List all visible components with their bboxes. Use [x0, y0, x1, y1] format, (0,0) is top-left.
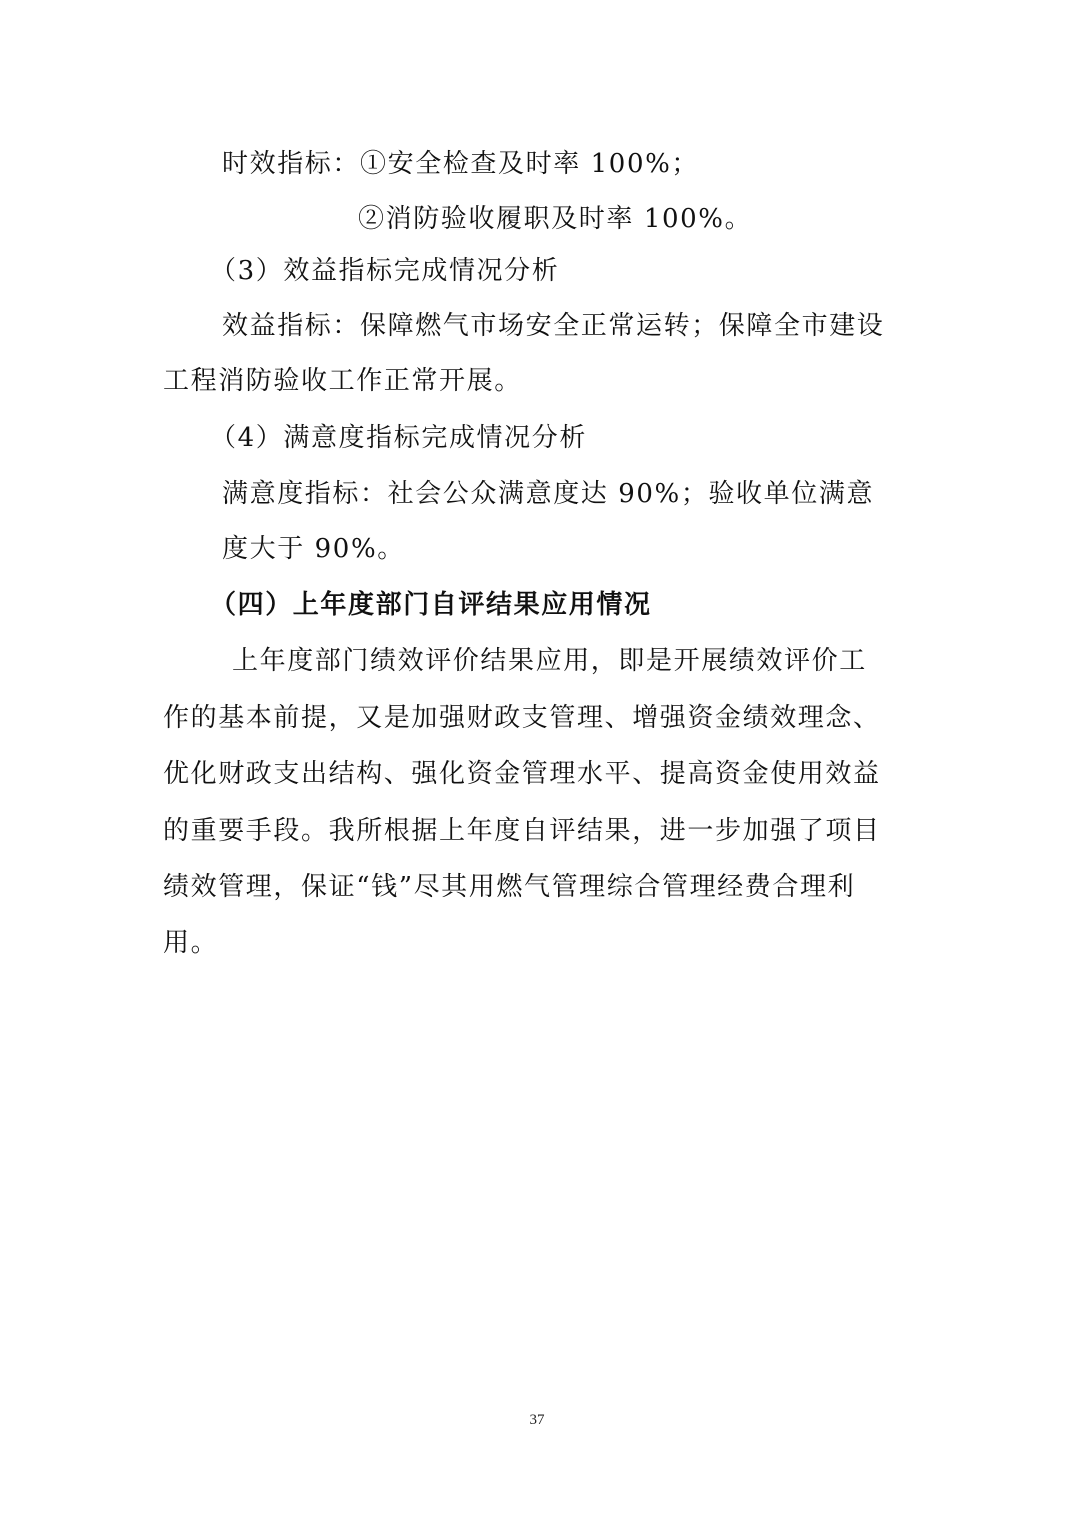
document-page: 时效指标：①安全检查及时率 100%； ②消防验收履职及时率 100%。 （3）… — [0, 0, 1074, 1520]
self-evaluation-paragraph-line-1: 上年度部门绩效评价结果应用，即是开展绩效评价工 — [232, 645, 867, 677]
benefit-indicator-paragraph-line-1: 效益指标：保障燃气市场安全正常运转；保障全市建设 — [222, 310, 884, 342]
self-evaluation-paragraph-line-3: 优化财政支出结构、强化资金管理水平、提高资金使用效益 — [163, 758, 881, 790]
self-evaluation-paragraph-line-5: 绩效管理，保证“钱”尽其用燃气管理综合管理经费合理利 — [163, 871, 855, 903]
section-heading-self-evaluation: （四）上年度部门自评结果应用情况 — [210, 589, 652, 621]
self-evaluation-paragraph-line-2: 作的基本前提，又是加强财政支管理、增强资金绩效理念、 — [163, 702, 881, 734]
page-number: 37 — [0, 1412, 1074, 1429]
satisfaction-indicator-paragraph-line-1: 满意度指标：社会公众满意度达 90%；验收单位满意 — [222, 478, 874, 510]
self-evaluation-paragraph-line-6: 用。 — [163, 927, 218, 959]
satisfaction-indicator-paragraph-line-2: 度大于 90%。 — [222, 533, 405, 565]
benefit-indicator-paragraph-line-2: 工程消防验收工作正常开展。 — [163, 365, 522, 397]
self-evaluation-paragraph-line-4: 的重要手段。我所根据上年度自评结果，进一步加强了项目 — [163, 815, 881, 847]
timeliness-indicator-line-1: 时效指标：①安全检查及时率 100%； — [222, 148, 699, 180]
timeliness-indicator-line-2: ②消防验收履职及时率 100%。 — [358, 203, 752, 235]
subheading-benefit-indicator: （3）效益指标完成情况分析 — [210, 255, 559, 287]
subheading-satisfaction-indicator: （4）满意度指标完成情况分析 — [210, 422, 587, 454]
